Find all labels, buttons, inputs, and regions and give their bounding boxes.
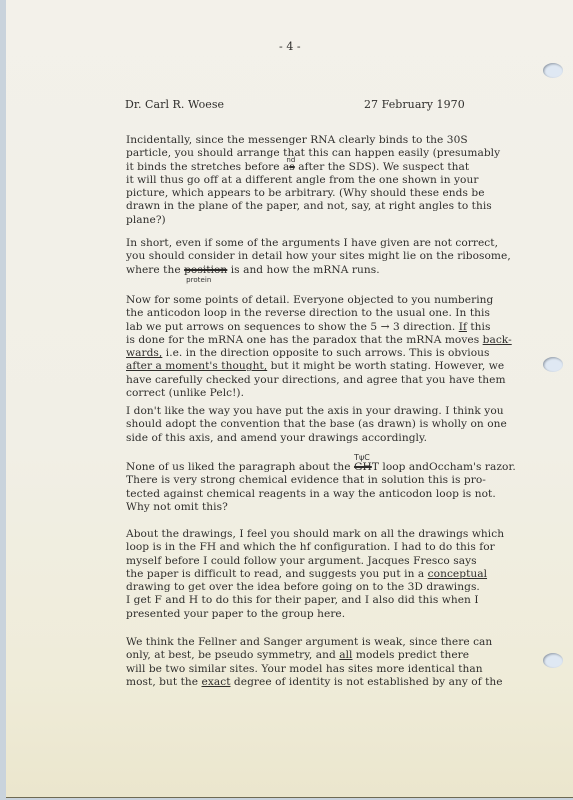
paragraph-drawings: About the drawings, I feel you should ma… bbox=[126, 528, 526, 621]
paragraph-occhams-razor: None of us liked the paragraph about the… bbox=[126, 461, 526, 514]
paragraph-in-short: In short, even if some of the arguments … bbox=[126, 237, 526, 277]
letter-date: 27 February 1970 bbox=[364, 98, 465, 111]
letter-text: - 4 - Dr. Carl R. Woese 27 February 1970… bbox=[0, 0, 573, 800]
paragraph-axis: I don't like the way you have put the ax… bbox=[126, 405, 526, 445]
handwritten-correction: TψC bbox=[354, 451, 370, 464]
paragraph-fellner-sanger: We think the Fellner and Sanger argument… bbox=[126, 636, 526, 689]
recipient: Dr. Carl R. Woese bbox=[125, 98, 224, 111]
page-number: - 4 - bbox=[279, 40, 301, 53]
paragraph-mrna-binding: Incidentally, since the messenger RNA cl… bbox=[126, 134, 526, 227]
handwritten-correction: nd bbox=[286, 154, 295, 167]
handwritten-correction: protein bbox=[186, 274, 211, 287]
paragraph-points-of-detail: Now for some points of detail. Everyone … bbox=[126, 294, 526, 400]
